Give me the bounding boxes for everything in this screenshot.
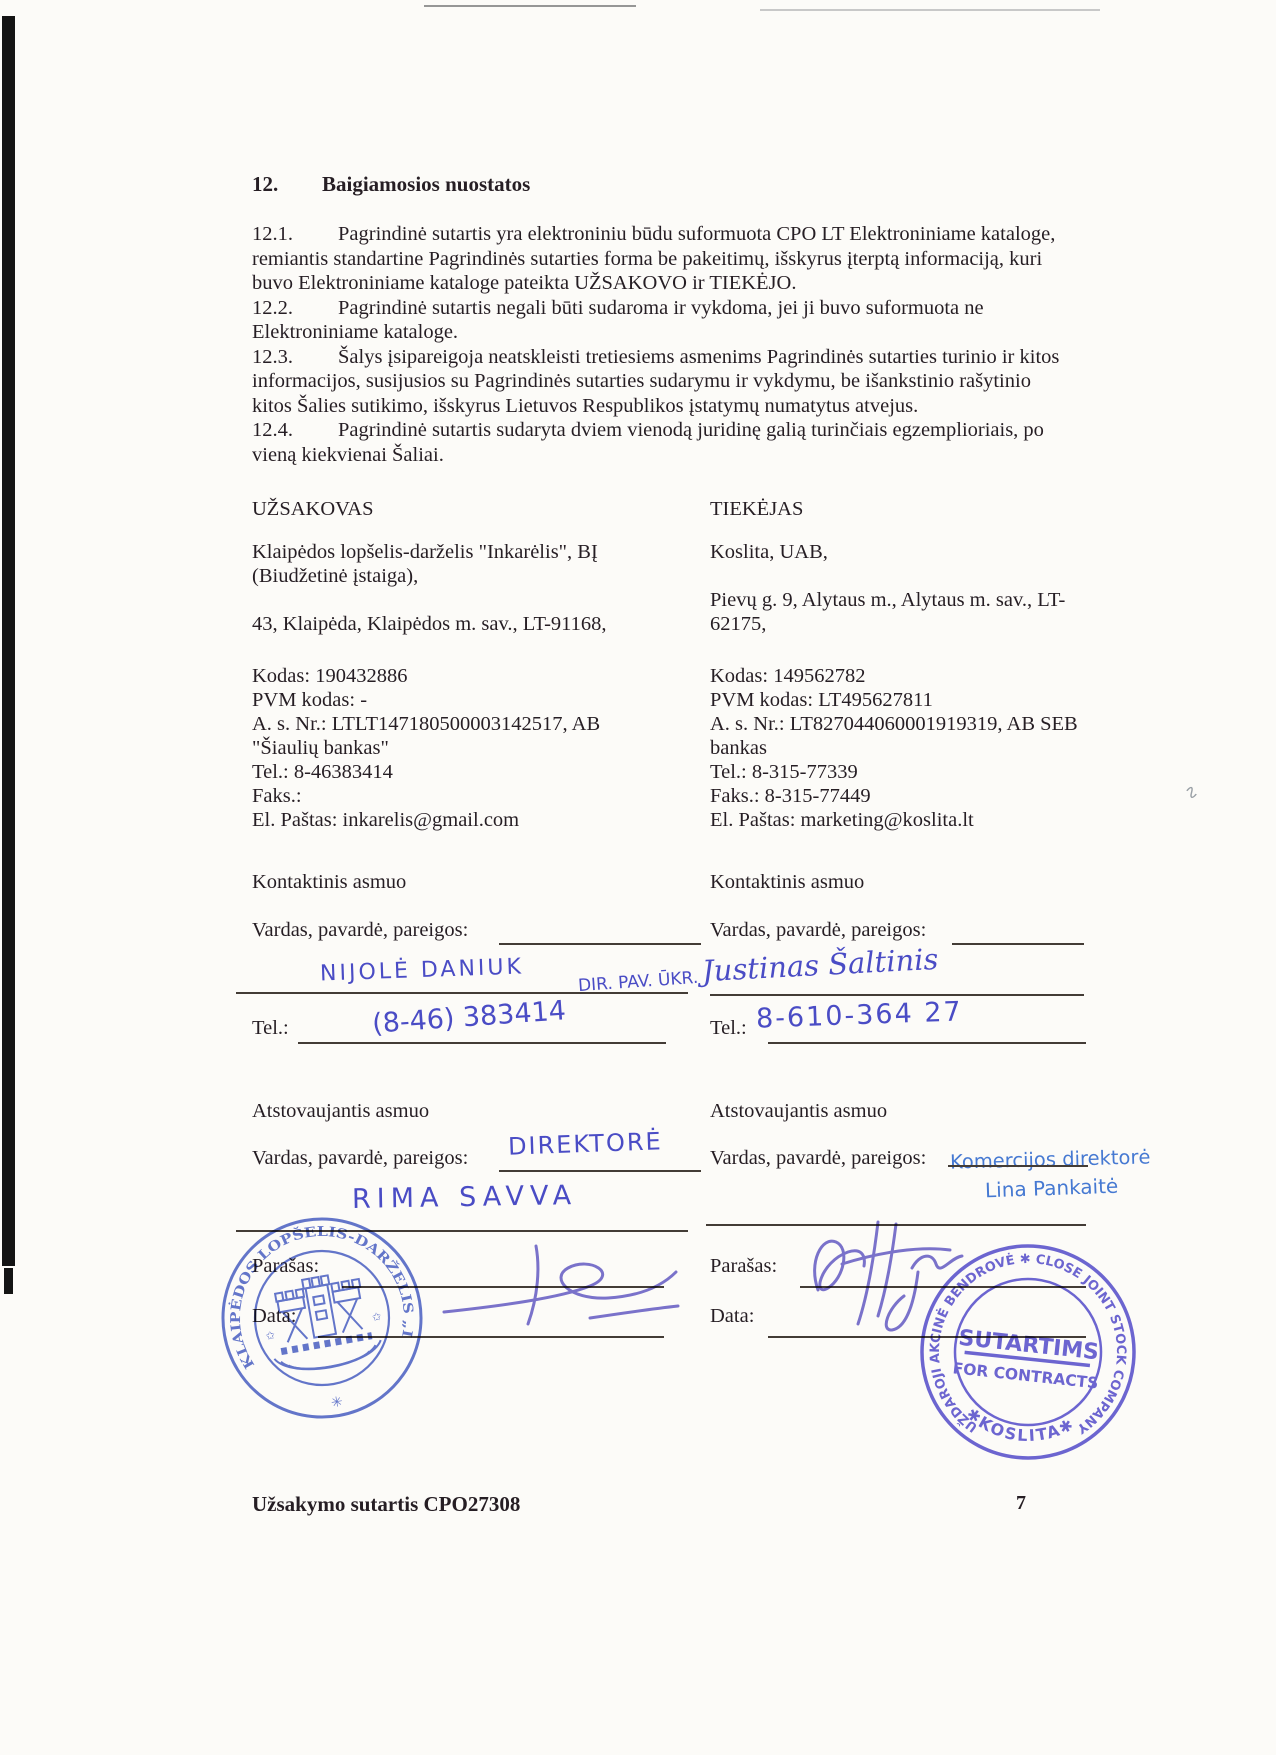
supplier-tel: Tel.: 8-315-77339 (710, 760, 1098, 784)
supplier-rep-position-stamped: Komercijos direktorė (950, 1145, 1151, 1173)
buyer-tel-label: Tel.: (252, 1017, 289, 1040)
stamp-star-icon: ✩ (265, 1330, 276, 1343)
buyer-code: Kodas: 190432886 (252, 664, 682, 688)
supplier-fax: Faks.: 8-315-77449 (710, 784, 1098, 808)
buyer-round-stamp: KLAIPĖDOS LOPŠELIS-DARŽELIS „INKARĖLIS“ … (202, 1198, 443, 1439)
supplier-email: El. Paštas: marketing@koslita.lt (710, 808, 1098, 832)
supplier-rep-name-stamped: Lina Pankaitė (985, 1174, 1119, 1203)
buyer-fax: Faks.: (252, 784, 682, 808)
supplier-address: Pievų g. 9, Alytaus m., Alytaus m. sav.,… (710, 588, 1098, 636)
supplier-code: Kodas: 149562782 (710, 664, 1098, 688)
buyer-email: El. Paštas: inkarelis@gmail.com (252, 808, 682, 832)
buyer-account: A. s. Nr.: LTLT147180500003142517, AB (252, 712, 682, 736)
scan-smudge-artifact: ∿ (1180, 780, 1203, 806)
supplier-heading: TIEKĖJAS (710, 497, 1098, 521)
buyer-tel: Tel.: 8-46383414 (252, 760, 682, 784)
clauses-block: 12.1.Pagrindinė sutartis yra elektronini… (252, 222, 1074, 467)
clause: 12.1.Pagrindinė sutartis yra elektronini… (252, 222, 1074, 296)
form-line (499, 1170, 701, 1172)
scan-edge-artifact (4, 1268, 13, 1294)
supplier-representative-heading: Atstovaujantis asmuo (710, 1100, 887, 1123)
supplier-tel-label: Tel.: (710, 1017, 747, 1040)
buyer-stamp-bottom-star: ✳ (330, 1395, 344, 1412)
clause: 12.2.Pagrindinė sutartis negali būti sud… (252, 296, 1074, 345)
section-heading: 12.Baigiamosios nuostatos (252, 172, 530, 197)
klaipeda-coat-of-arms-icon (262, 1268, 384, 1376)
buyer-contact-name-handwriting: NIJOLĖ DANIUK (320, 954, 525, 986)
stamp-star-icon: ✩ (371, 1311, 382, 1324)
form-line (768, 1042, 1086, 1044)
footer-page-number: 7 (1016, 1492, 1026, 1515)
form-line (236, 992, 688, 994)
supplier-account: A. s. Nr.: LT827044060001919319, AB SEB (710, 712, 1098, 736)
buyer-representative-heading: Atstovaujantis asmuo (252, 1100, 429, 1123)
supplier-stamp-bottom-text: ✱KOSLITA✱ (961, 1403, 1080, 1451)
buyer-heading: UŽSAKOVAS (252, 497, 682, 521)
buyer-rep-name-label: Vardas, pavardė, pareigos: (252, 1147, 468, 1170)
supplier-vat-code: PVM kodas: LT495627811 (710, 688, 1098, 712)
scan-line-artifact (760, 9, 1100, 11)
buyer-address: 43, Klaipėda, Klaipėdos m. sav., LT-9116… (252, 612, 682, 636)
clause: 12.3.Šalys įsipareigoja neatskleisti tre… (252, 345, 1074, 419)
supplier-contact-heading: Kontaktinis asmuo (710, 870, 1098, 894)
supplier-round-stamp: UŽDAROJI AKCINĖ BENDROVĖ ✱ CLOSE JOINT S… (906, 1230, 1150, 1474)
section-title: Baigiamosios nuostatos (322, 172, 530, 196)
scanned-contract-page: ∿ 12.Baigiamosios nuostatos 12.1.Pagrind… (0, 0, 1276, 1755)
form-line (952, 943, 1084, 945)
footer-contract-reference: Užsakymo sutartis CPO27308 (252, 1492, 520, 1517)
supplier-contact-name-label: Vardas, pavardė, pareigos: (710, 919, 926, 942)
buyer-contact-name-label: Vardas, pavardė, pareigos: (252, 919, 468, 942)
supplier-signature-label: Parašas: (710, 1255, 777, 1278)
buyer-details: Kodas: 190432886 PVM kodas: - A. s. Nr.:… (252, 664, 682, 832)
buyer-signature (440, 1228, 680, 1333)
section-number: 12. (252, 172, 322, 197)
scan-edge-artifact (2, 16, 15, 1266)
scan-line-artifact (424, 5, 636, 7)
form-line (499, 943, 701, 945)
buyer-column: UŽSAKOVAS Klaipėdos lopšelis-darželis "I… (252, 497, 682, 894)
supplier-tel-handwriting: 8-610-364 27 (756, 996, 964, 1034)
supplier-bank: bankas (710, 736, 1098, 760)
svg-text:✱KOSLITA✱: ✱KOSLITA✱ (961, 1403, 1080, 1451)
supplier-column: TIEKĖJAS Koslita, UAB, Pievų g. 9, Alyta… (710, 497, 1098, 894)
form-line (710, 994, 1084, 996)
clause: 12.4.Pagrindinė sutartis sudaryta dviem … (252, 418, 1074, 467)
buyer-contact-heading: Kontaktinis asmuo (252, 870, 682, 894)
form-line (298, 1042, 666, 1044)
supplier-details: Kodas: 149562782 PVM kodas: LT495627811 … (710, 664, 1098, 832)
supplier-date-label: Data: (710, 1305, 754, 1328)
supplier-rep-name-label: Vardas, pavardė, pareigos: (710, 1147, 926, 1170)
form-line-strikethrough (948, 1165, 1088, 1167)
buyer-bank: "Šiaulių bankas" (252, 736, 682, 760)
buyer-tel-handwriting: (8-46) 383414 (371, 995, 567, 1039)
buyer-rep-position-handwriting: DIREKTORĖ (508, 1127, 664, 1160)
buyer-name: Klaipėdos lopšelis-darželis "Inkarėlis",… (252, 540, 682, 588)
supplier-name: Koslita, UAB, (710, 540, 1098, 564)
supplier-contact-name-handwriting: Justinas Šaltinis (701, 942, 939, 988)
buyer-vat-code: PVM kodas: - (252, 688, 682, 712)
